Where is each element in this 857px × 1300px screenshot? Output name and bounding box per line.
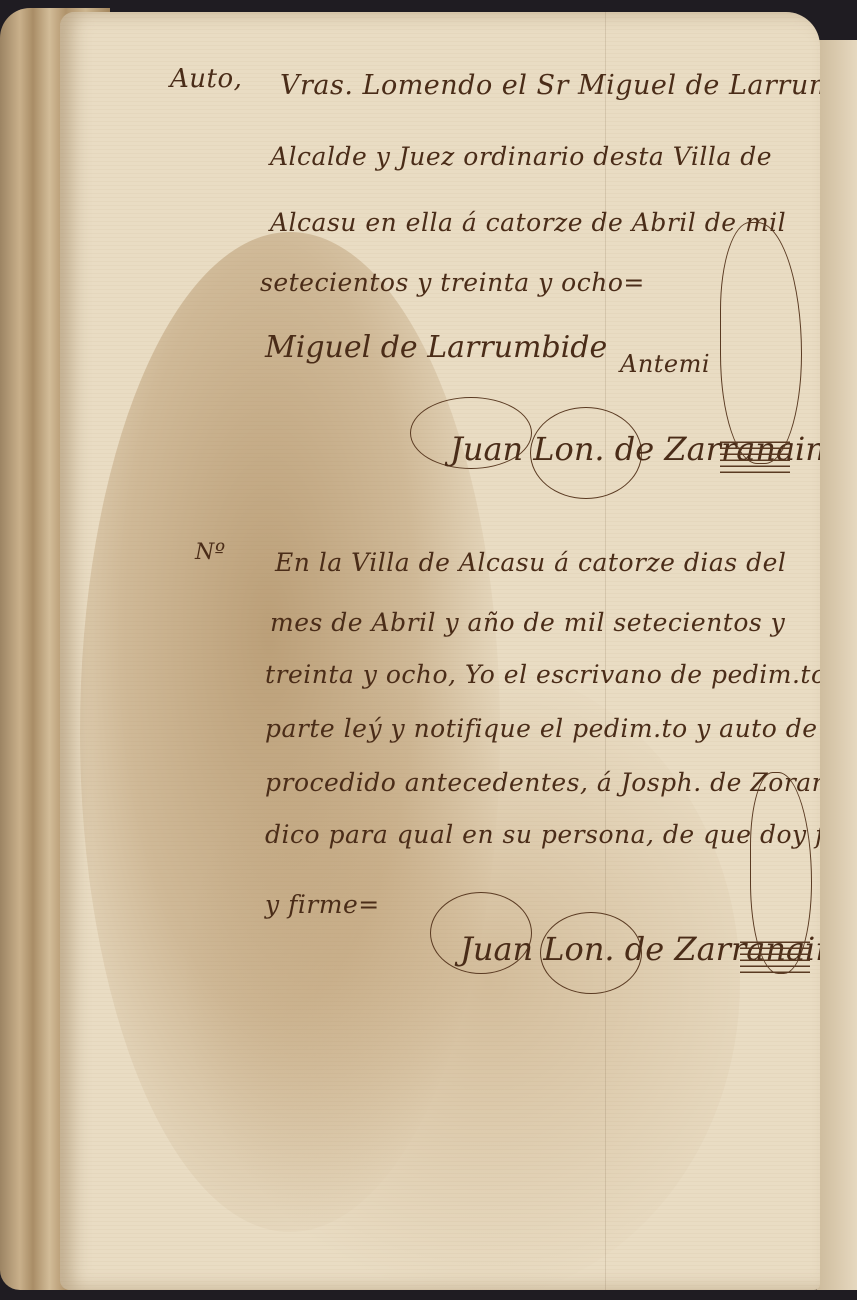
text-line-1: Vras. Lomendo el Sr Miguel de Larrum <box>280 70 820 101</box>
signature-label-antemi: Antemi <box>620 350 710 378</box>
paraph-loop <box>750 772 812 974</box>
text-line-5: En la Villa de Alcasu á catorze dias del <box>275 548 786 577</box>
text-line-2: Alcalde y Juez ordinario desta Villa de <box>270 142 772 171</box>
water-stain-lower <box>180 662 740 1290</box>
manuscript-page: Auto, Vras. Lomendo el Sr Miguel de Larr… <box>60 12 820 1290</box>
text-line-10: dico para qual en su persona, de que doy… <box>265 820 820 849</box>
text-line-9: procedido antecedentes, á Josph. de Zora… <box>265 768 820 797</box>
text-line-4: setecientos y treinta y ocho= <box>260 268 645 297</box>
margin-label-notification: Nº <box>195 540 226 565</box>
facing-page-edge <box>815 40 857 1290</box>
text-line-7: treinta y ocho, Yo el escrivano de pedim… <box>265 660 820 689</box>
margin-label-auto: Auto, <box>170 64 242 94</box>
text-line-3: Alcasu en ella á catorze de Abril de mil <box>270 208 786 237</box>
page-fold <box>605 12 606 1290</box>
text-line-11: y firme= <box>265 890 380 919</box>
paraph-loop <box>720 222 802 464</box>
signature-alcalde: Miguel de Larrumbide <box>265 330 607 365</box>
text-line-8: parte leý y notifique el pedim.to y auto… <box>265 714 818 743</box>
text-line-6: mes de Abril y año de mil setecientos y <box>270 608 785 637</box>
